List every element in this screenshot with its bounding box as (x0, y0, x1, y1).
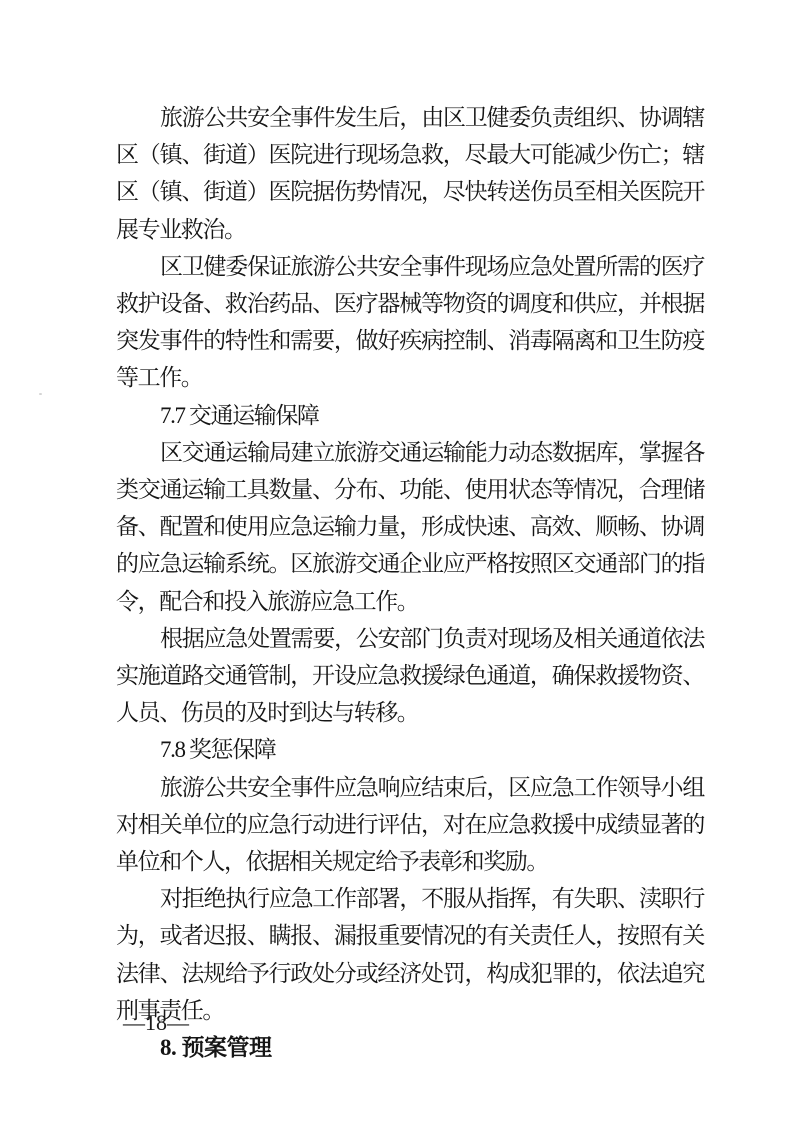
scan-artifact-speck (39, 393, 42, 395)
section-heading-7-7-transport-support: 7.7 交通运输保障 (116, 397, 704, 434)
paragraph-medical-supplies-dispatch: 区卫健委保证旅游公共安全事件现场应急处置所需的医疗救护设备、救治药品、医疗器械等… (116, 248, 704, 397)
paragraph-onsite-medical-rescue: 旅游公共安全事件发生后，由区卫健委负责组织、协调辖区（镇、街道）医院进行现场急救… (116, 99, 704, 248)
paragraph-traffic-control-green-channel: 根据应急处置需要，公安部门负责对现场及相关通道依法实施道路交通管制，开设应急救援… (116, 620, 704, 732)
paragraph-evaluation-and-rewards: 旅游公共安全事件应急响应结束后，区应急工作领导小组对相关单位的应急行动进行评估，… (116, 769, 704, 881)
section-heading-7-8-reward-punishment: 7.8 奖惩保障 (116, 731, 704, 768)
document-body: 旅游公共安全事件发生后，由区卫健委负责组织、协调辖区（镇、街道）医院进行现场急救… (116, 99, 704, 1066)
page-number: —18— (123, 1010, 189, 1036)
paragraph-transport-capacity-database: 区交通运输局建立旅游交通运输能力动态数据库，掌握各类交通运输工具数量、分布、功能… (116, 434, 704, 620)
section-heading-8-plan-management: 8. 预案管理 (116, 1029, 704, 1066)
document-page: 旅游公共安全事件发生后，由区卫健委负责组织、协调辖区（镇、街道）医院进行现场急救… (0, 0, 792, 1124)
paragraph-penalties-for-dereliction: 对拒绝执行应急工作部署，不服从指挥，有失职、渎职行为，或者迟报、瞒报、漏报重要情… (116, 880, 704, 1029)
